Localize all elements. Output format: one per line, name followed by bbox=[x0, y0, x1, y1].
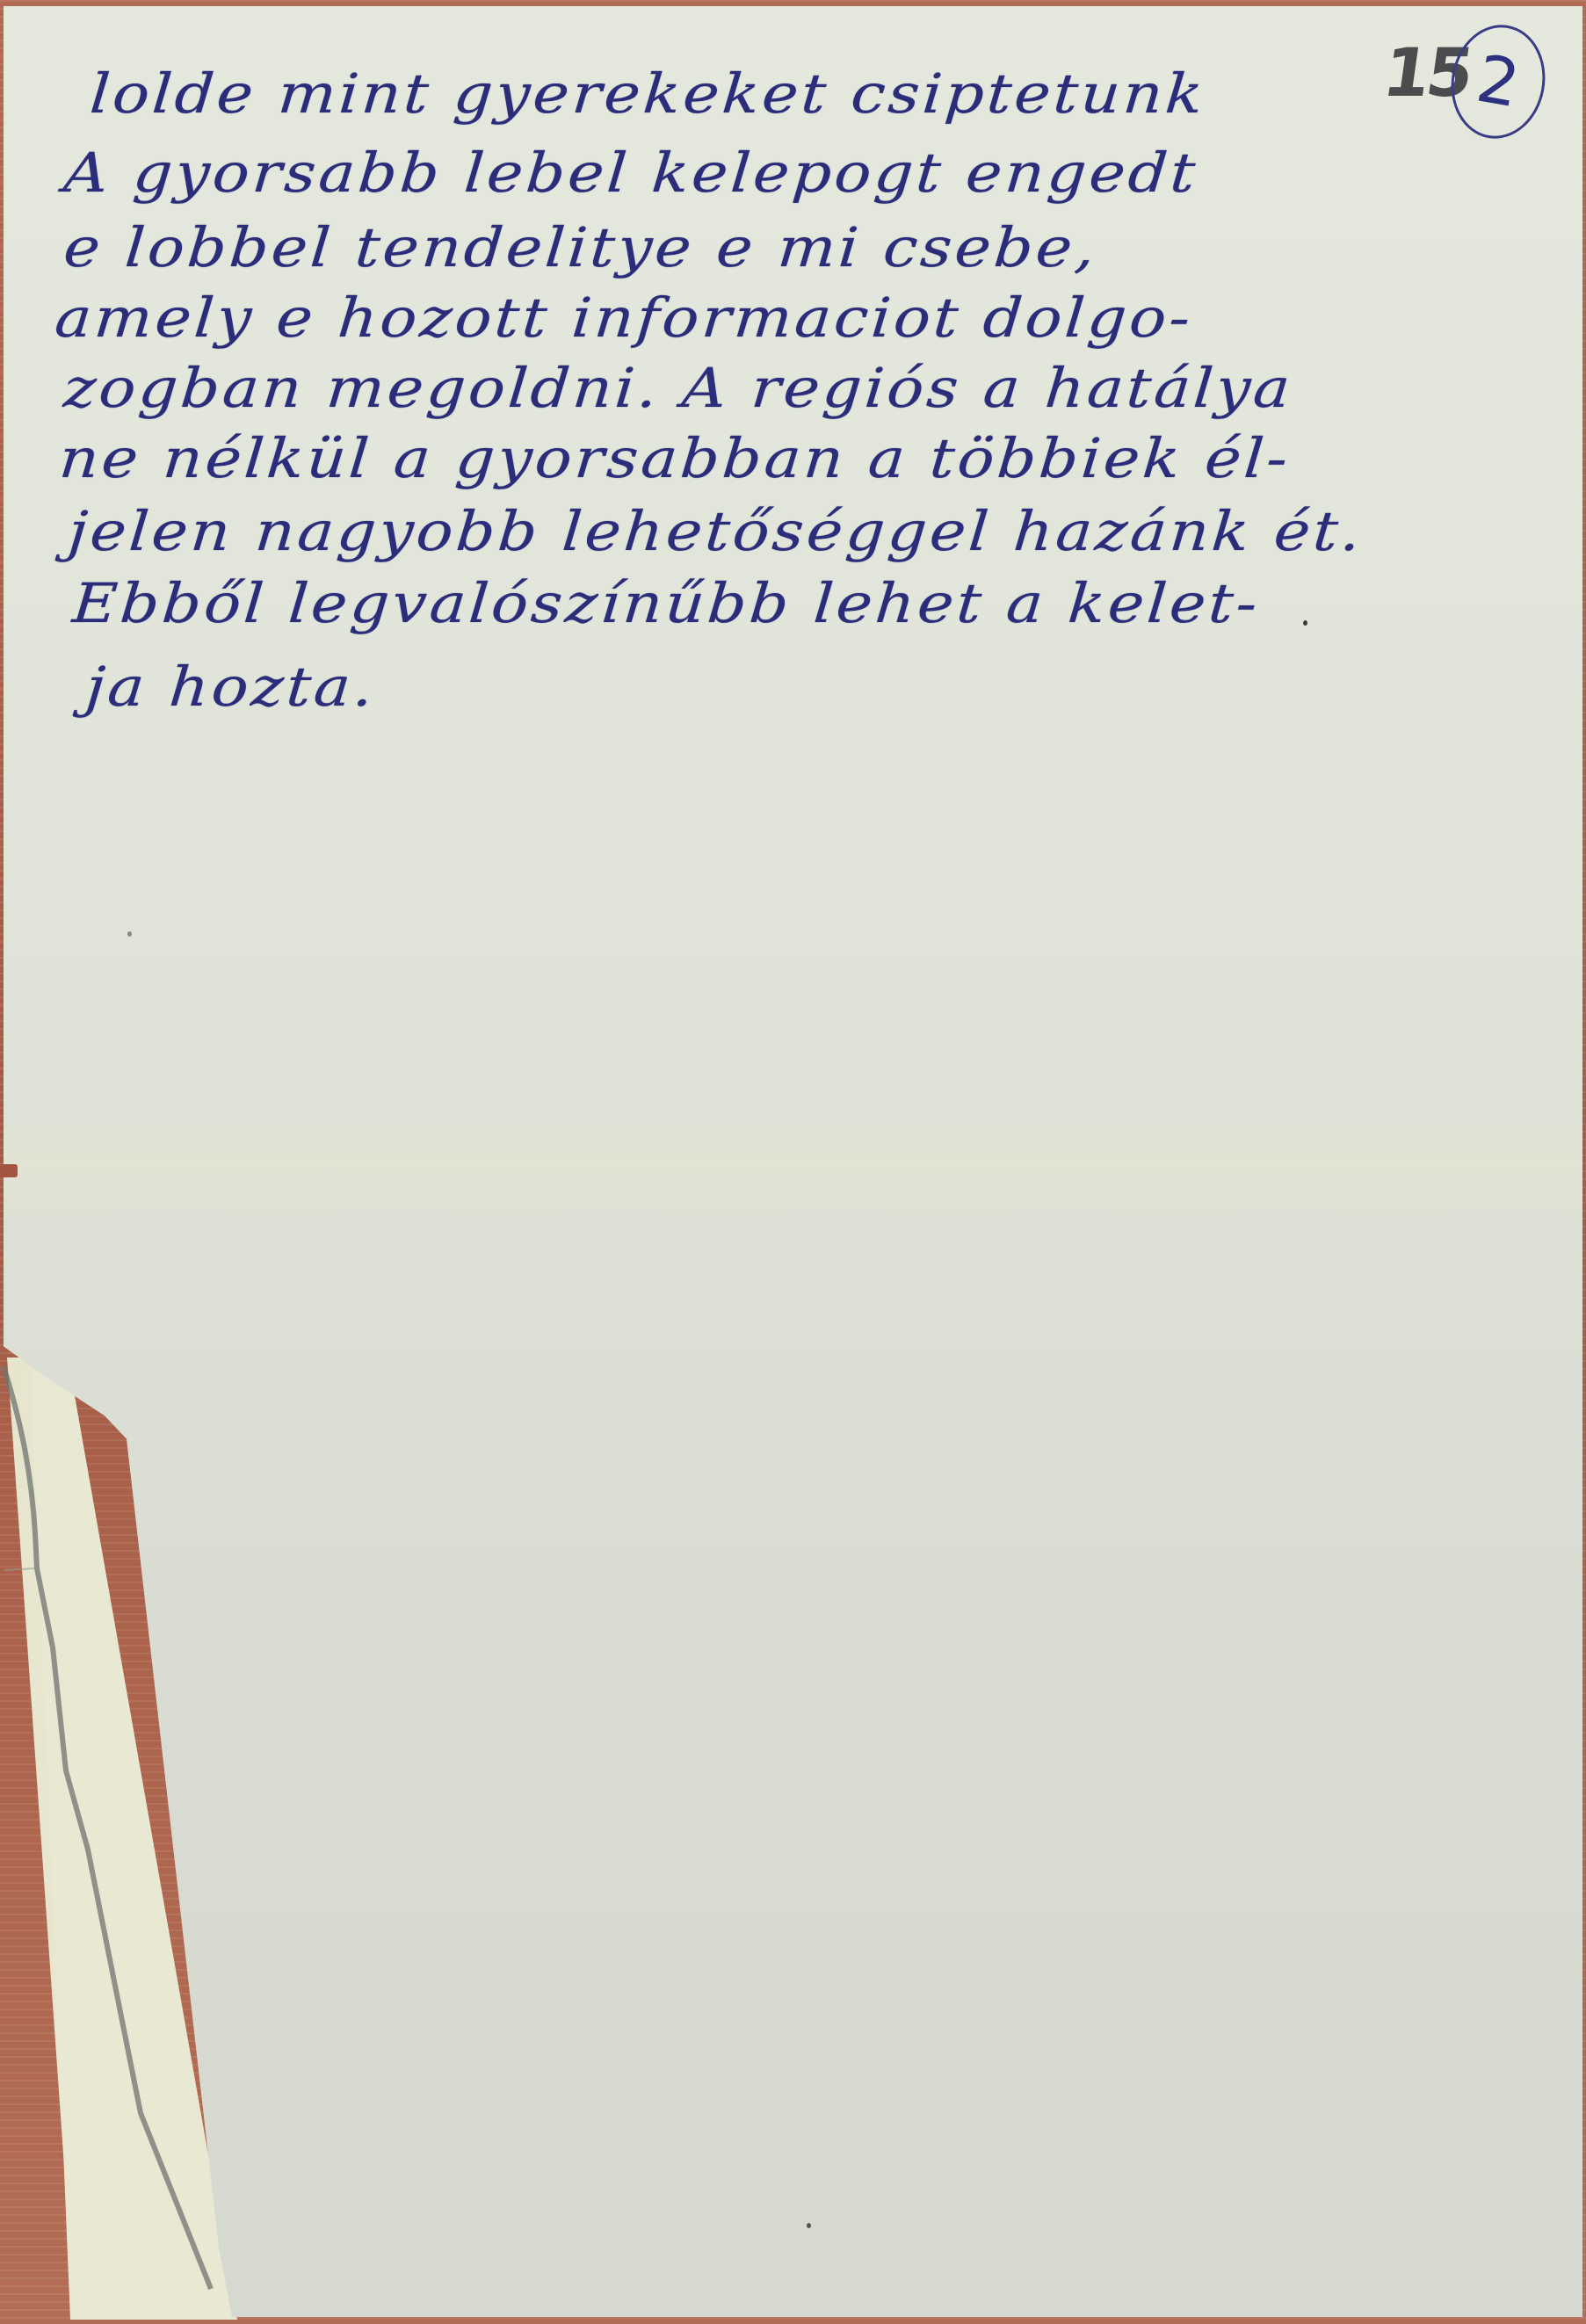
paper-speck bbox=[127, 931, 132, 937]
handwritten-line: ja hozta. bbox=[83, 655, 378, 719]
handwritten-line: Ebből legvalószínűbb lehet a kelet- bbox=[70, 571, 1263, 635]
ink-speck bbox=[1303, 620, 1307, 626]
paper-speck bbox=[807, 2223, 811, 2228]
manuscript-page bbox=[4, 6, 1582, 2317]
handwritten-line: A gyorsabb lebel kelepogt engedt bbox=[62, 141, 1200, 205]
edge-stain bbox=[0, 1164, 18, 1177]
handwritten-line: ne nélkül a gyorsabban a többiek él- bbox=[57, 426, 1293, 490]
handwritten-line: e lobbel tendelitye e mi csebe, bbox=[62, 215, 1100, 279]
circled-number-text: 2 bbox=[1471, 41, 1524, 123]
handwritten-line: jelen nagyobb lehetőséggel hazánk ét. bbox=[66, 499, 1365, 563]
handwritten-line: zogban megoldni. A regiós a hatálya bbox=[62, 356, 1295, 420]
handwritten-line: lolde mint gyerekeket csiptetunk bbox=[88, 62, 1208, 126]
handwritten-line: amely e hozott informaciot dolgo- bbox=[53, 286, 1195, 350]
